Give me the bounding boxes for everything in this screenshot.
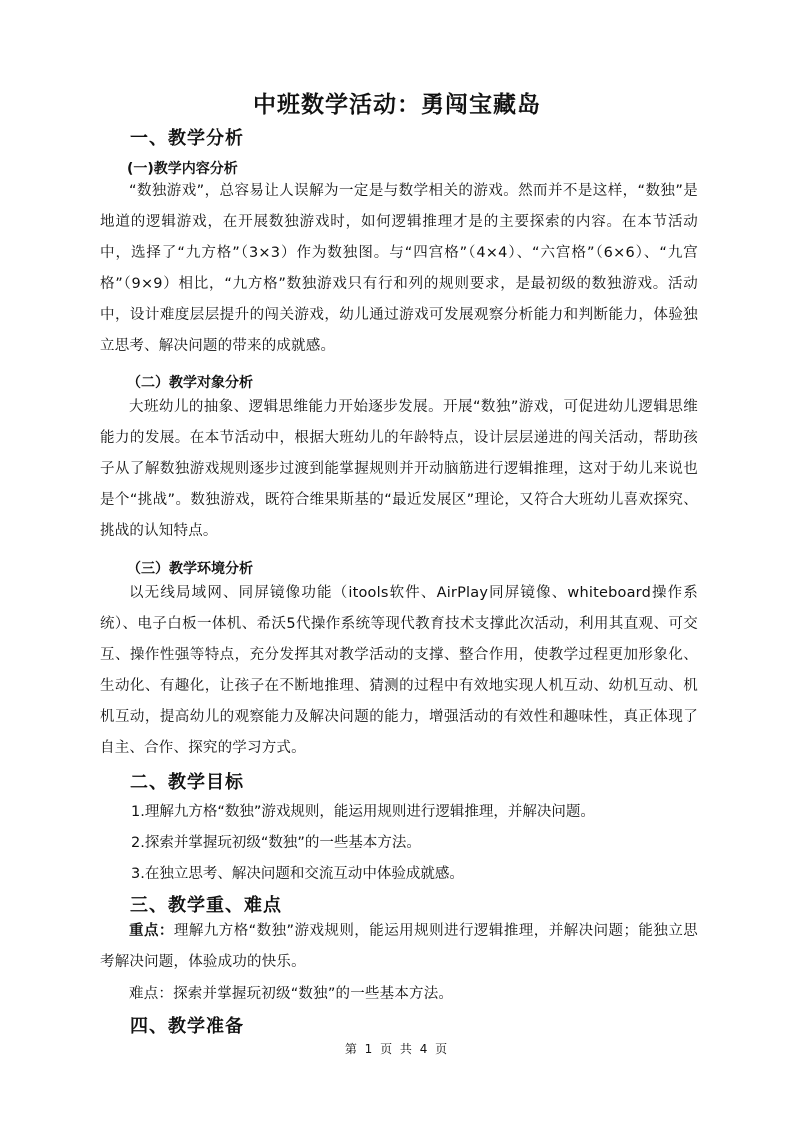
goal-item-1: 1.理解九方格“数独”游戏规则，能运用规则进行逻辑推理，并解决问题。 [131,800,595,821]
paragraph-audience-analysis: 大班幼儿的抽象、逻辑思维能力开始逐步发展。开展“数独”游戏，可促进幼儿逻辑思维能… [100,392,698,547]
section-heading-key-points: 三、教学重、难点 [130,891,282,917]
subsection-heading-environment: （三）教学环境分析 [127,558,253,578]
subsection-heading-audience: （二）教学对象分析 [127,372,253,392]
document-page: 中班数学活动：勇闯宝藏岛 一、教学分析 (一)教学内容分析 “数独游戏”，总容易… [0,0,794,1123]
page-footer: 第 1 页 共 4 页 [0,1040,794,1057]
section-heading-preparation: 四、教学准备 [130,1012,244,1038]
section-heading-analysis: 一、教学分析 [130,124,244,150]
paragraph-content-analysis: “数独游戏”，总容易让人误解为一定是与数学相关的游戏。然而并不是这样，“数独”是… [100,176,698,362]
paragraph-key-point: 重点：理解九方格“数独”游戏规则，能运用规则进行逻辑推理，并解决问题；能独立思考… [100,916,698,978]
key-point-text: 理解九方格“数独”游戏规则，能运用规则进行逻辑推理，并解决问题；能独立思考解决问… [100,923,698,970]
goal-item-2: 2.探索并掌握玩初级“数独”的一些基本方法。 [131,831,421,852]
paragraph-difficulty: 难点：探索并掌握玩初级“数独”的一些基本方法。 [100,979,698,1010]
goal-item-3: 3.在独立思考、解决问题和交流互动中体验成就感。 [131,862,464,883]
difficulty-label: 难点： [129,986,173,1002]
section-heading-goals: 二、教学目标 [130,768,244,794]
subsection-heading-content: (一)教学内容分析 [127,158,238,178]
paragraph-environment-analysis: 以无线局域网、同屏镜像功能（itools软件、AirPlay同屏镜像、white… [100,578,698,764]
document-title: 中班数学活动：勇闯宝藏岛 [0,86,794,119]
difficulty-text: 探索并掌握玩初级“数独”的一些基本方法。 [173,986,453,1002]
key-point-label: 重点： [129,923,174,939]
